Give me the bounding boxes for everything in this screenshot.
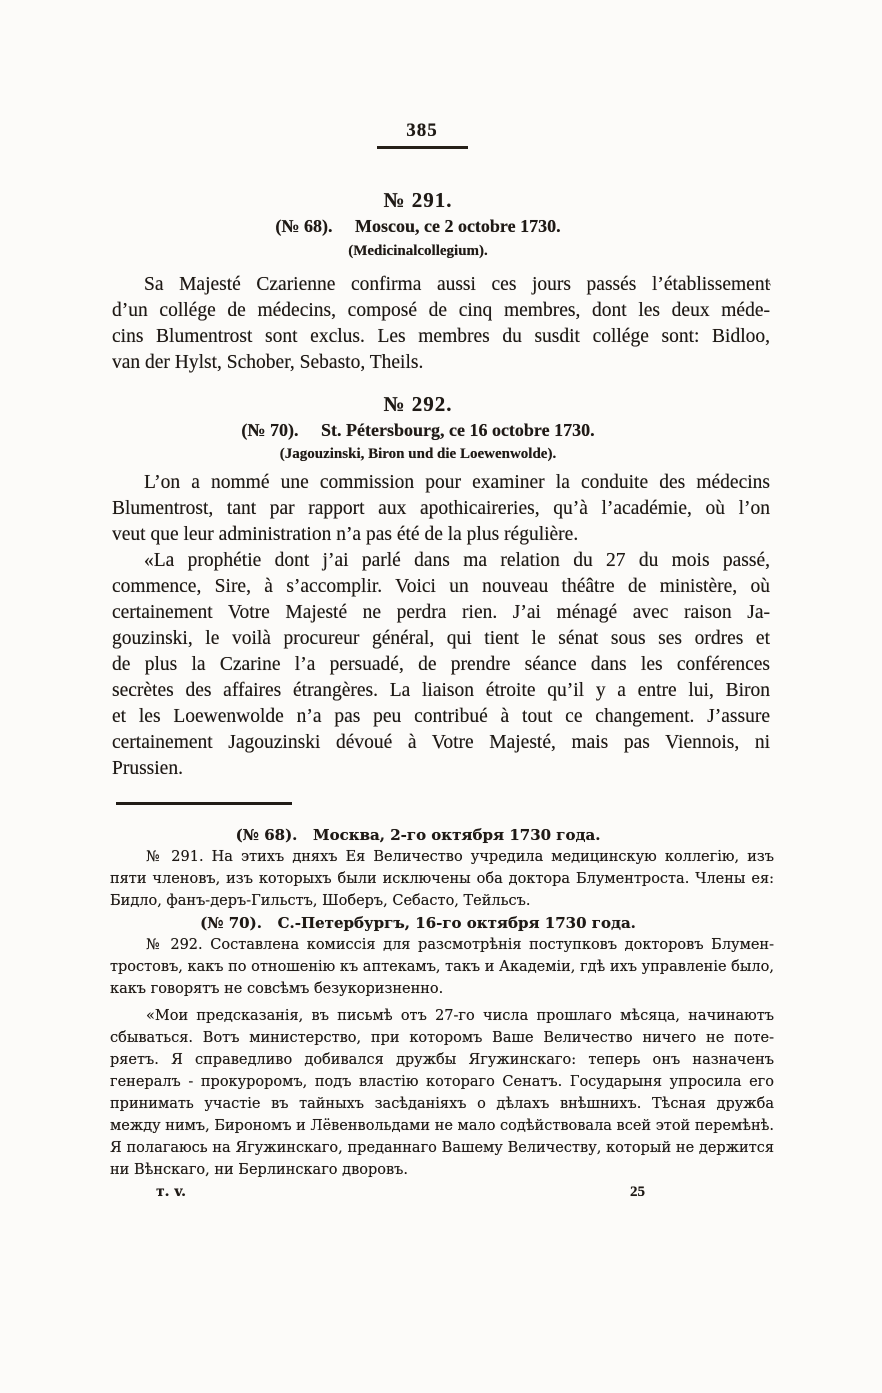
footnote-291-dateline: (№ 68). Москва, 2-го октября 1730 года. xyxy=(88,824,748,846)
entry-291-dateline: (№ 68). Moscou, ce 2 octobre 1730. xyxy=(0,215,836,237)
text-line: de plus la Czarine l’a persuadé, de pren… xyxy=(112,652,770,678)
scanned-book-page: 385 № 291. (№ 68). Moscou, ce 2 octobre … xyxy=(0,0,882,1393)
footnote-291-paragraph: № 291. На этихъ дняхъ Ея Величество учре… xyxy=(110,846,774,912)
footnote-separator-rule xyxy=(116,802,292,805)
footnote-292-dateline: (№ 70). С.-Петербургъ, 16-го октября 173… xyxy=(88,912,748,934)
text-line: et les Loewenwolde n’a pas peu contribué… xyxy=(112,704,770,730)
text-line: «Мои предсказанія, въ письмѣ отъ 27-го ч… xyxy=(110,1005,774,1027)
text-line: Blumentrost, tant par rapport aux apothi… xyxy=(112,496,770,522)
text-line: генералъ - прокуроромъ, подъ властію кот… xyxy=(110,1071,774,1093)
entry-292-subject: (Jagouzinski, Biron und die Loewenwolde)… xyxy=(0,445,836,463)
text-line: пяти членовъ, изъ которыхъ были исключен… xyxy=(110,868,774,890)
text-line: commence, Sire, à s’accomplir. Voici un … xyxy=(112,574,770,600)
text-line: «La prophétie dont j’ai parlé dans ma re… xyxy=(112,548,770,574)
text-line: сбываться. Вотъ министерство, при которо… xyxy=(110,1027,774,1049)
text-line: d’un collége de médecins, composé de cin… xyxy=(112,298,770,324)
text-line: van der Hylst, Schober, Sebasto, Theils. xyxy=(112,350,770,376)
text-line: Бидло, фанъ-деръ-Гильстъ, Шоберъ, Себаст… xyxy=(110,890,774,912)
text-line: Prussien. xyxy=(112,756,770,782)
page-number-rule xyxy=(377,146,468,149)
text-line: № 291. На этихъ дняхъ Ея Величество учре… xyxy=(110,846,774,868)
text-line: cins Blumentrost sont exclus. Les membre… xyxy=(112,324,770,350)
text-line: ряетъ. Я справедливо добивался дружбы Яг… xyxy=(110,1049,774,1071)
sheet-number: 25 xyxy=(630,1183,645,1201)
entry-292-paragraph-2: «La prophétie dont j’ai parlé dans ma re… xyxy=(112,548,770,782)
text-line: veut que leur administration n’a pas été… xyxy=(112,522,770,548)
volume-signature-mark: т. v. xyxy=(156,1183,186,1201)
page-number: 385 xyxy=(0,118,844,144)
text-line: № 292. Составлена комиссія для разсмотрѣ… xyxy=(110,934,774,956)
text-line: Я полагаюсь на Ягужинскаго, преданнаго В… xyxy=(110,1137,774,1159)
text-line: Sa Majesté Czarienne confirma aussi ces … xyxy=(112,272,770,298)
text-line: ни Вѣнскаго, ни Берлинскаго дворовъ. xyxy=(110,1159,774,1181)
entry-291-paragraph: Sa Majesté Czarienne confirma aussi ces … xyxy=(112,272,770,376)
text-line: gouzinski, le voilà procureur général, q… xyxy=(112,626,770,652)
text-line: принимать участіе въ тайныхъ засѣданіяхъ… xyxy=(110,1093,774,1115)
footnote-292-paragraph-2: «Мои предсказанія, въ письмѣ отъ 27-го ч… xyxy=(110,1005,774,1181)
entry-292-paragraph-1: L’on a nommé une commission pour examine… xyxy=(112,470,770,548)
entry-291-heading: № 291. xyxy=(0,188,836,212)
entry-292-heading: № 292. xyxy=(0,392,836,416)
text-line: какъ говорятъ не совсѣмъ безукоризненно. xyxy=(110,978,774,1000)
text-line: между нимъ, Бирономъ и Лёвенвольдами не … xyxy=(110,1115,774,1137)
text-line: certainement Votre Majesté ne perdra rie… xyxy=(112,600,770,626)
entry-291-subject: (Medicinalcollegium). xyxy=(0,242,836,260)
text-line: тростовъ, какъ по отношенію къ аптекамъ,… xyxy=(110,956,774,978)
footnote-292-paragraph-1: № 292. Составлена комиссія для разсмотрѣ… xyxy=(110,934,774,1000)
text-line: L’on a nommé une commission pour examine… xyxy=(112,470,770,496)
entry-292-dateline: (№ 70). St. Pétersbourg, ce 16 octobre 1… xyxy=(0,419,836,441)
text-line: certainement Jagouzinski dévoué à Votre … xyxy=(112,730,770,756)
text-line: secrètes des affaires étrangères. La lia… xyxy=(112,678,770,704)
